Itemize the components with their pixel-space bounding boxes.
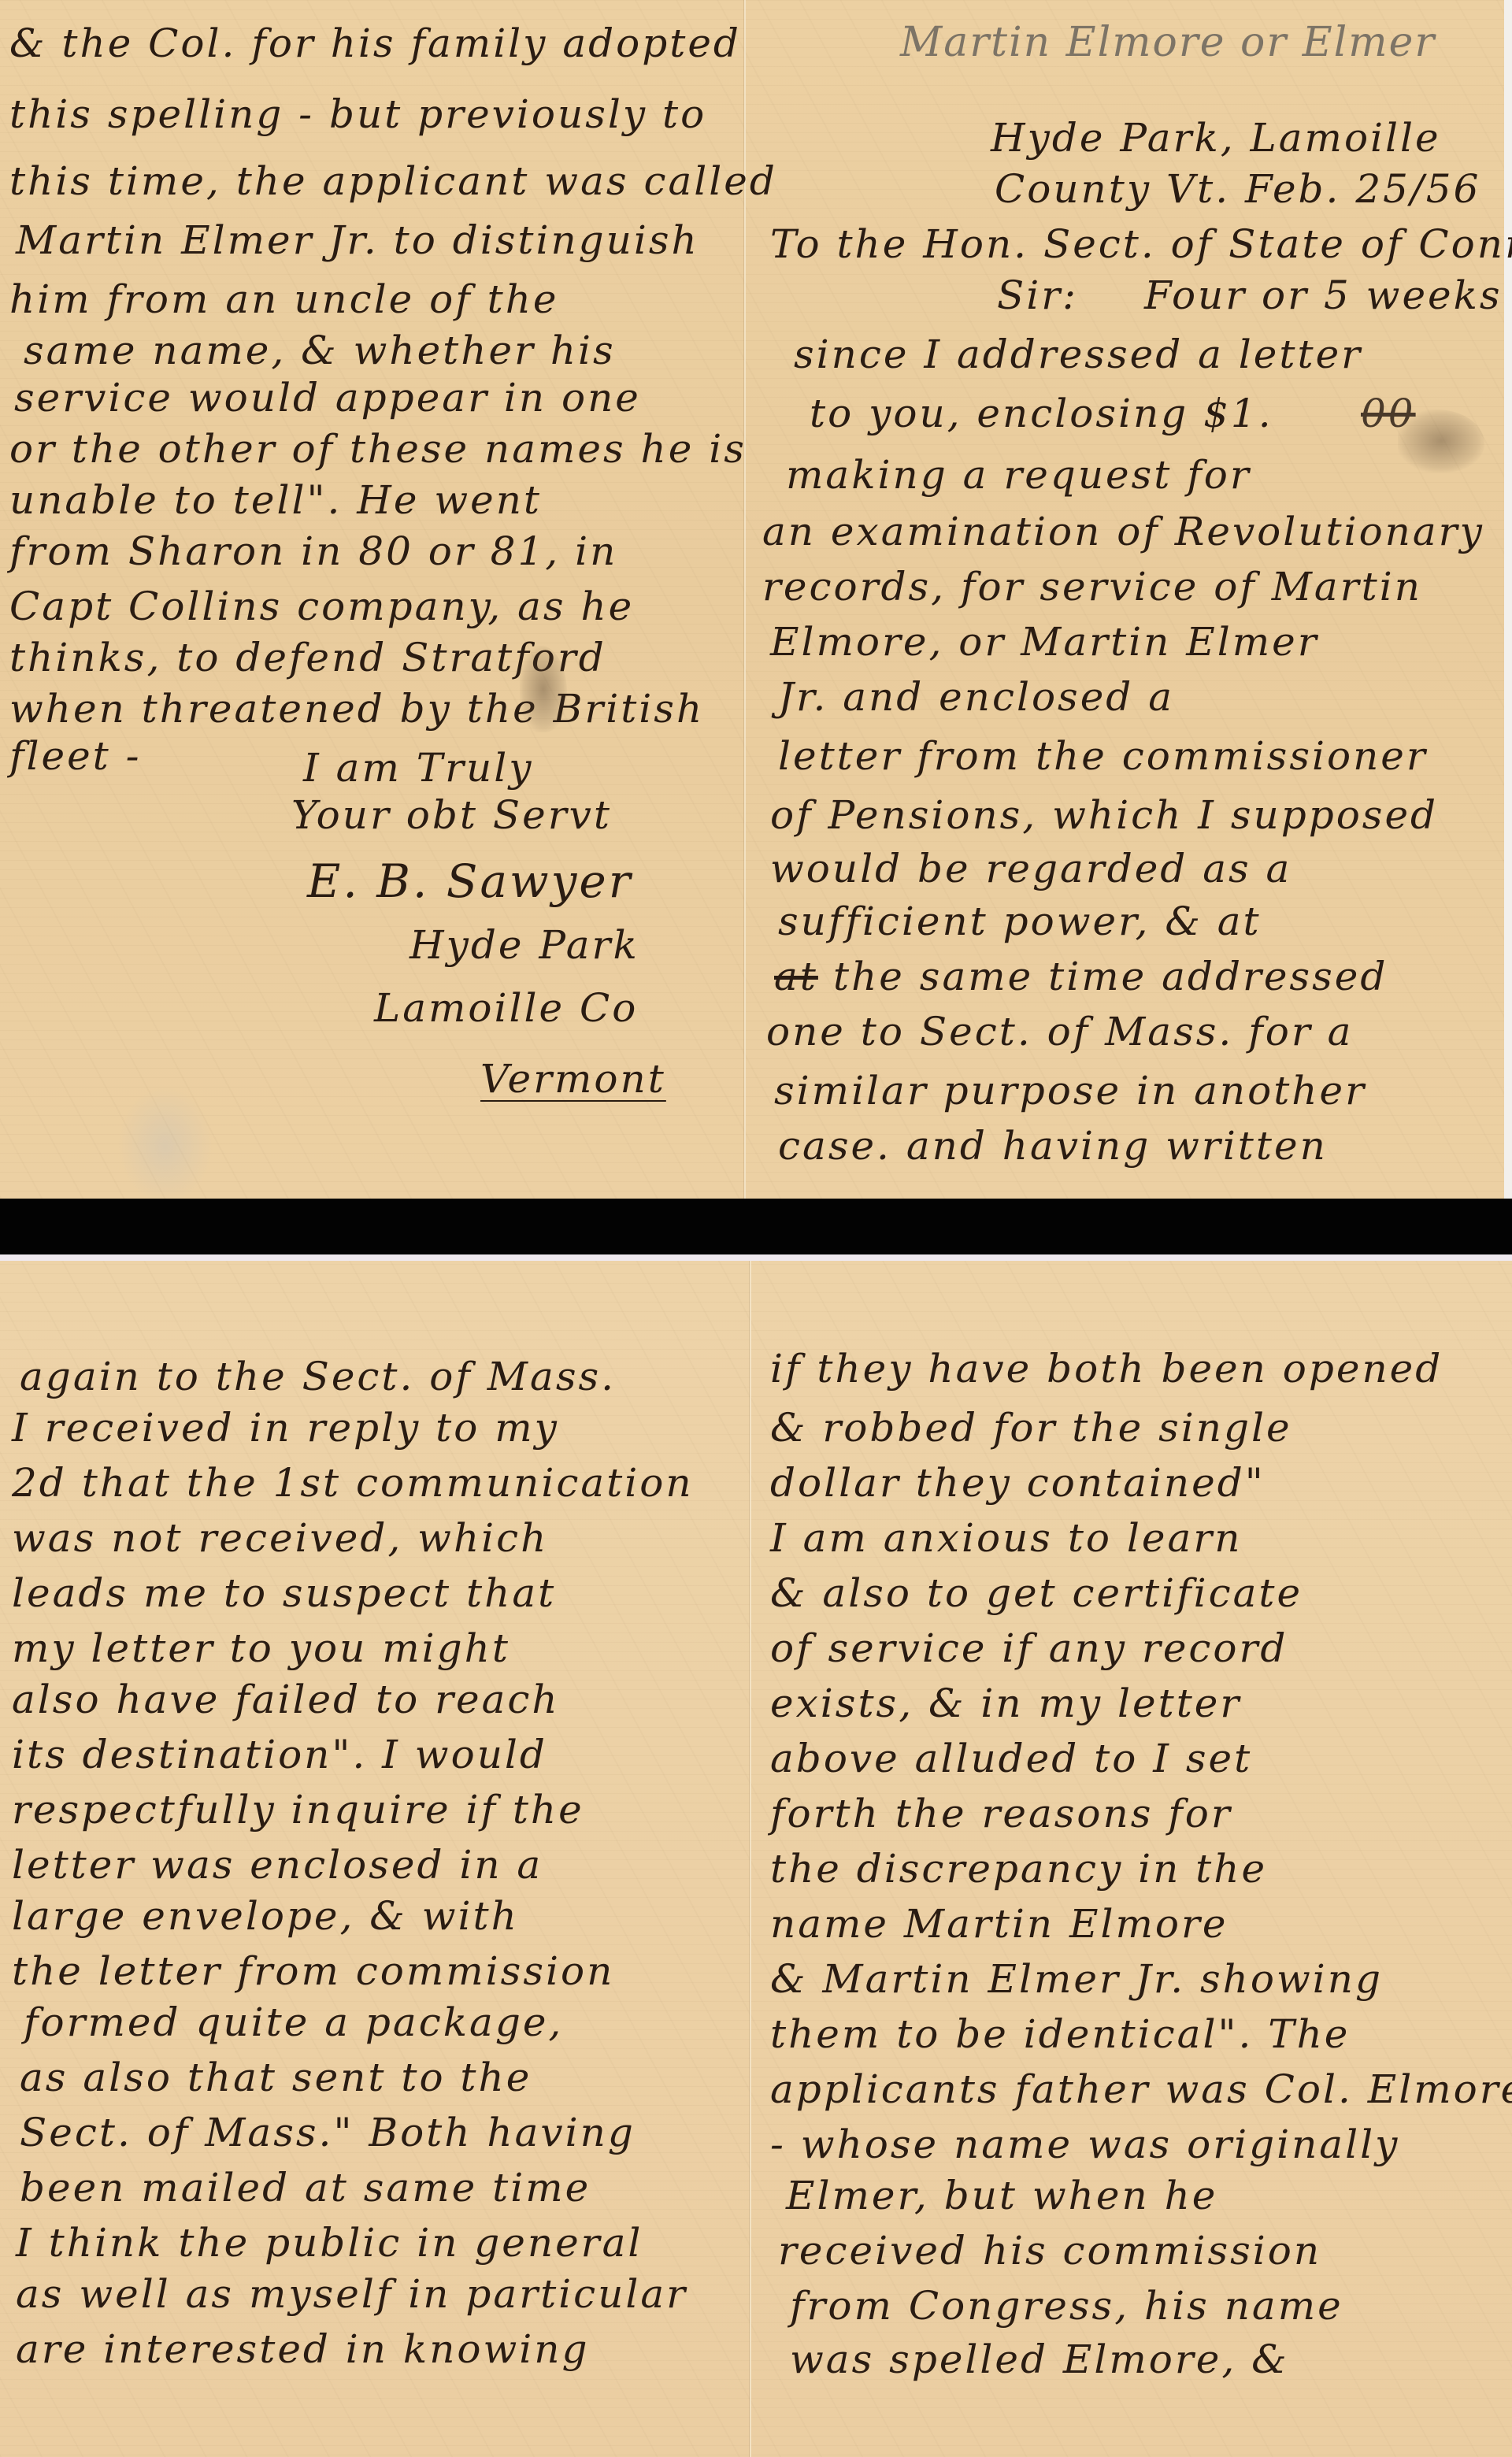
letter-line: Sect. of Mass." Both having	[20, 2113, 636, 2152]
letter-line: or the other of these names he is	[9, 429, 747, 469]
letter-line: leads me to suspect that	[12, 1573, 556, 1613]
letter-line: the same time addressed	[833, 957, 1388, 996]
letter-line: Jr. and enclosed a	[778, 677, 1174, 717]
address-line: Lamoille Co	[374, 988, 638, 1028]
letter-line: of service if any record	[770, 1629, 1288, 1668]
letter-line: again to the Sect. of Mass.	[20, 1357, 616, 1396]
letter-line: thinks, to defend Stratford	[9, 638, 606, 677]
letter-line: received his commission	[778, 2231, 1321, 2270]
letter-line: an examination of Revolutionary	[762, 512, 1484, 551]
letter-line: my letter to you might	[12, 1629, 510, 1668]
letter-line: similar purpose in another	[774, 1071, 1366, 1110]
letter-line: if they have both been opened	[770, 1349, 1443, 1388]
letter-line: service would appear in one	[14, 378, 641, 417]
address-line: Hyde Park	[409, 925, 639, 965]
bottom-left-page: again to the Sect. of Mass. I received i…	[0, 1254, 744, 2457]
letter-line: was spelled Elmore, &	[790, 2340, 1289, 2379]
letter-line: one to Sect. of Mass. for a	[766, 1012, 1353, 1051]
letter-line: 2d that the 1st communication	[12, 1463, 694, 1503]
letter-line: since I addressed a letter	[794, 335, 1362, 374]
letter-line: would be regarded as a	[770, 849, 1291, 888]
letter-line: the discrepancy in the	[770, 1849, 1267, 1888]
letter-line: - whose name was originally	[770, 2125, 1399, 2164]
letter-line: this time, the applicant was called	[9, 161, 777, 201]
closing-line: I am Truly	[303, 748, 533, 787]
letter-line: this spelling - but previously to	[9, 94, 706, 134]
letter-line: letter was enclosed in a	[12, 1845, 543, 1884]
struck-word: at	[774, 957, 818, 996]
signature: E. B. Sawyer	[307, 858, 632, 904]
letter-line: making a request for	[786, 455, 1251, 495]
letter-line: also have failed to reach	[12, 1680, 560, 1719]
letter-line: are interested in knowing	[16, 2329, 590, 2369]
greeting: Sir:	[997, 276, 1078, 315]
scan-separator	[0, 1199, 1512, 1254]
letter-line: large envelope, & with	[12, 1896, 519, 1936]
letter-line: fleet -	[9, 736, 142, 776]
letter-line: when threatened by the British	[9, 689, 704, 728]
pencil-heading: Martin Elmore or Elmer	[900, 22, 1436, 63]
letter-line: sufficient power, & at	[778, 902, 1262, 941]
bottom-spread-scan: again to the Sect. of Mass. I received i…	[0, 1254, 1512, 2457]
letter-line: was not received, which	[12, 1518, 548, 1558]
address-line: Vermont	[480, 1059, 666, 1099]
letter-line: unable to tell". He went	[9, 480, 542, 520]
letter-line: as well as myself in particular	[16, 2274, 687, 2314]
top-left-page: & the Col. for his family adopted this s…	[0, 0, 744, 1199]
letter-line: I am anxious to learn	[770, 1518, 1242, 1558]
letter-line: forth the reasons for	[770, 1794, 1232, 1833]
letter-line: I think the public in general	[16, 2223, 643, 2262]
letter-line: been mailed at same time	[20, 2168, 591, 2207]
letter-line: & the Col. for his family adopted	[9, 24, 741, 63]
letter-line: name Martin Elmore	[770, 1904, 1228, 1944]
top-right-page: Martin Elmore or Elmer Hyde Park, Lamoil…	[747, 0, 1504, 1199]
letter-line: case. and having written	[778, 1126, 1328, 1165]
letter-line: & robbed for the single	[770, 1408, 1292, 1447]
dateline: County Vt. Feb. 25/56	[995, 169, 1480, 209]
letter-line: respectfully inquire if the	[12, 1790, 584, 1829]
top-spread-scan: & the Col. for his family adopted this s…	[0, 0, 1512, 1199]
letter-line: Elmore, or Martin Elmer	[770, 622, 1319, 661]
scan-edge	[1504, 0, 1512, 1199]
letter-line: from Sharon in 80 or 81, in	[9, 532, 617, 571]
letter-line: him from an uncle of the	[9, 280, 559, 319]
bottom-right-page: if they have both been opened & robbed f…	[747, 1254, 1504, 2457]
letter-line: them to be identical". The	[770, 2014, 1350, 2054]
letter-line: to you, enclosing $1.	[810, 394, 1273, 433]
letter-line: Martin Elmer Jr. to distinguish	[16, 220, 699, 260]
letter-line: above alluded to I set	[770, 1739, 1252, 1778]
dateline: Hyde Park, Lamoille	[991, 118, 1441, 157]
letter-line: same name, & whether his	[24, 331, 616, 370]
letter-line: as also that sent to the	[20, 2058, 532, 2097]
closing-line: Your obt Servt	[291, 795, 612, 835]
letter-line: applicants father was Col. Elmore	[770, 2070, 1512, 2109]
letter-line: dollar they contained"	[770, 1463, 1266, 1503]
recipient-line: To the Hon. Sect. of State of Conn.	[770, 224, 1512, 264]
letter-line: records, for service of Martin	[762, 567, 1422, 606]
letter-line: its destination". I would	[12, 1735, 547, 1774]
letter-line: exists, & in my letter	[770, 1684, 1241, 1723]
letter-line: from Congress, his name	[790, 2286, 1343, 2325]
letter-line: letter from the commissioner	[778, 736, 1428, 776]
letter-line: the letter from commission	[12, 1951, 614, 1991]
letter-line: Capt Collins company, as he	[9, 587, 634, 626]
letter-line: & also to get certificate	[770, 1573, 1303, 1613]
letter-line: & Martin Elmer Jr. showing	[770, 1959, 1383, 1999]
letter-line: I received in reply to my	[12, 1408, 559, 1447]
letter-line: of Pensions, which I supposed	[770, 795, 1438, 835]
letter-line: Four or 5 weeks	[1144, 276, 1503, 315]
letter-line: formed quite a package,	[24, 2003, 563, 2042]
letter-line: Elmer, but when he	[786, 2176, 1217, 2215]
